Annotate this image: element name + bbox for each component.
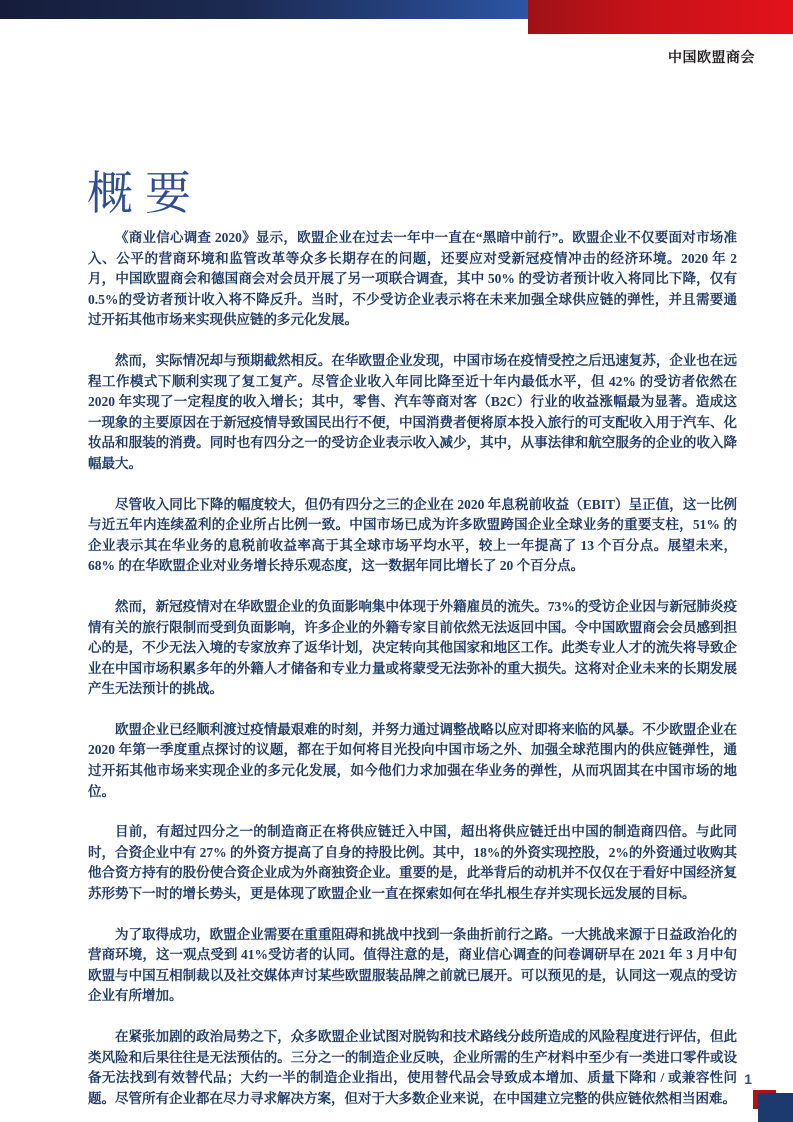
chamber-name-header: 中国欧盟商会 xyxy=(668,47,755,67)
footer-navy-square xyxy=(758,1093,793,1122)
body-paragraph: 目前，有超过四分之一的制造商正在将供应链迁入中国，超出将供应链迁出中国的制造商四… xyxy=(88,822,737,904)
body-paragraph: 《商业信心调查 2020》显示，欧盟企业在过去一年中一直在“黑暗中前行”。欧盟企… xyxy=(88,228,737,331)
body-paragraph: 尽管收入同比下降的幅度较大，但仍有四分之三的企业在 2020 年息税前收益（EB… xyxy=(88,495,737,577)
body-paragraph: 在紧张加剧的政治局势之下，众多欧盟企业试图对脱钩和技术路线分歧所造成的风险程度进… xyxy=(88,1027,737,1109)
body-paragraph: 然而，实际情况却与预期截然相反。在华欧盟企业发现，中国市场在疫情受控之后迅速复苏… xyxy=(88,351,737,475)
top-bar-blue-gradient xyxy=(0,0,528,19)
page-title: 概要 xyxy=(87,157,203,223)
page-number: 1 xyxy=(744,1071,752,1087)
body-paragraph: 为了取得成功，欧盟企业需要在重重阻碍和挑战中找到一条曲折前行之路。一大挑战来源于… xyxy=(88,925,737,1007)
body-content: 《商业信心调查 2020》显示，欧盟企业在过去一年中一直在“黑暗中前行”。欧盟企… xyxy=(88,228,737,1122)
body-paragraph: 然而，新冠疫情对在华欧盟企业的负面影响集中体现于外籍雇员的流失。73%的受访企业… xyxy=(88,597,737,700)
document-page: 中国欧盟商会 概要 《商业信心调查 2020》显示，欧盟企业在过去一年中一直在“… xyxy=(0,0,793,1122)
top-bar-red-block xyxy=(528,0,793,34)
body-paragraph: 欧盟企业已经顺利渡过疫情最艰难的时刻，并努力通过调整战略以应对即将来临的风暴。不… xyxy=(88,720,737,802)
